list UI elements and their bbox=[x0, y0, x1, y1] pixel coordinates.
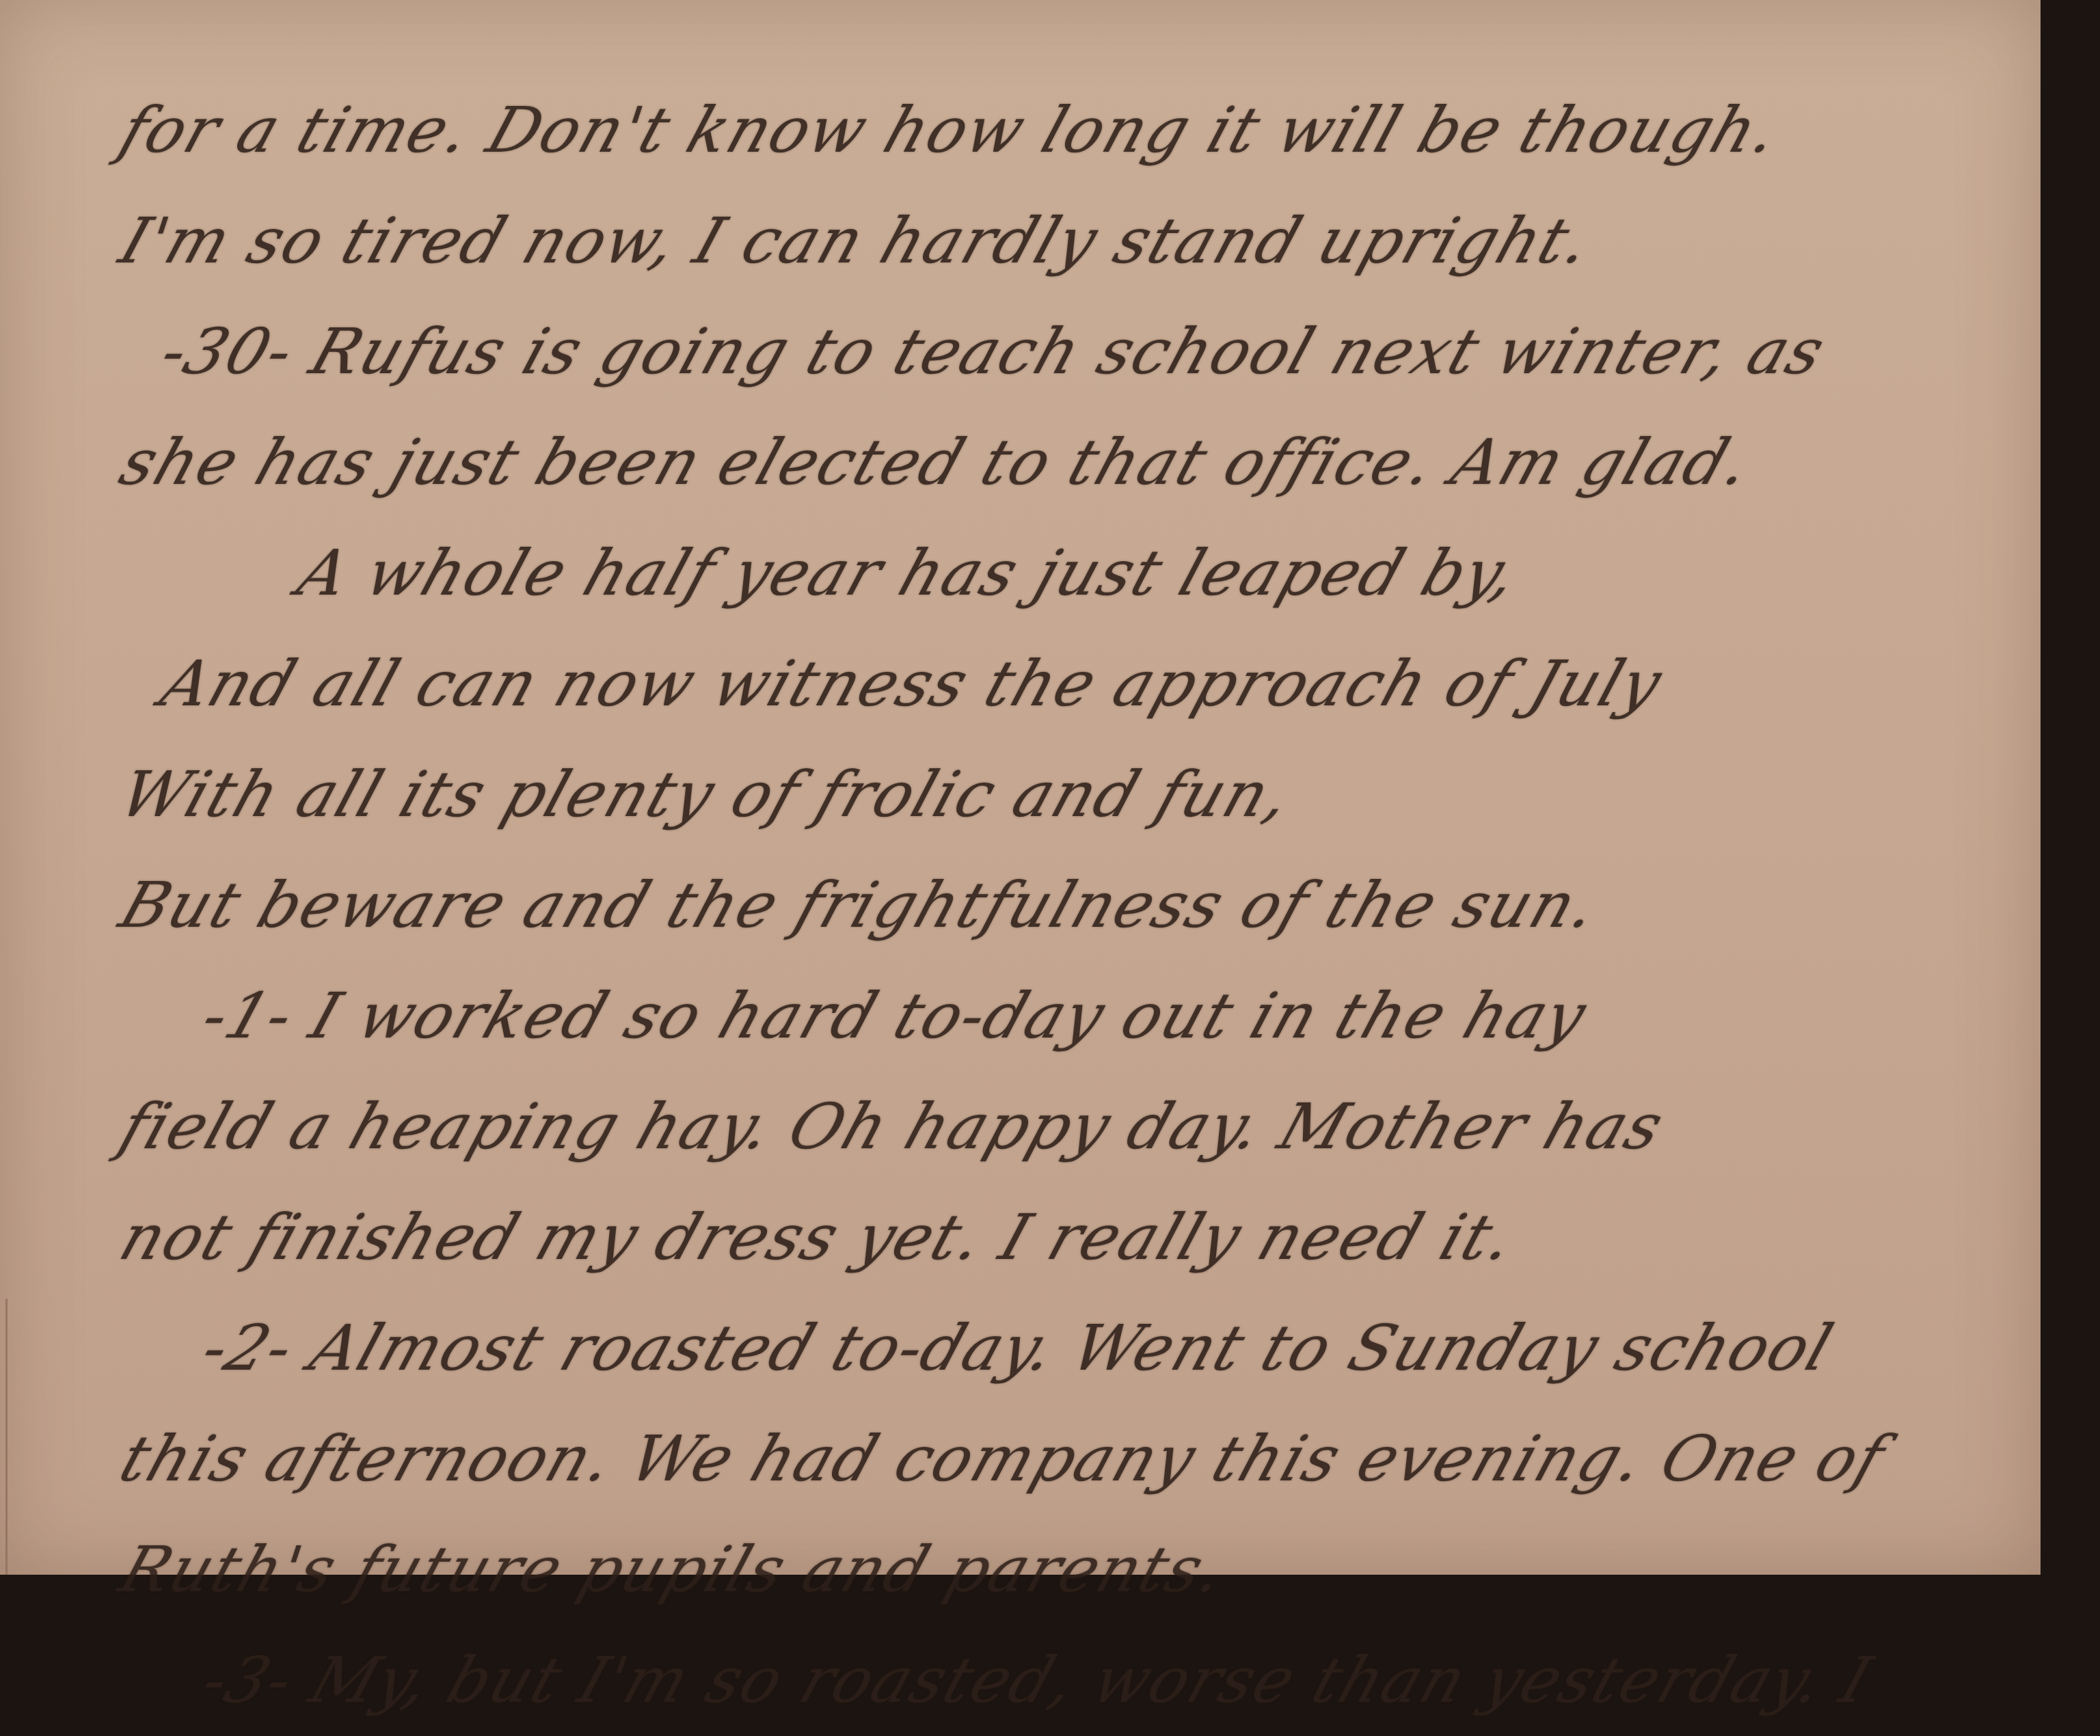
book-binding-edge bbox=[2041, 0, 2100, 1575]
text-line: I'm so tired now, I can hardly stand upr… bbox=[105, 186, 2042, 297]
text-line: field a heaping hay. Oh happy day. Mothe… bbox=[105, 1072, 2042, 1182]
page-edge-line bbox=[5, 1299, 8, 1575]
text-line: -1- I worked so hard to-day out in the h… bbox=[105, 961, 2042, 1072]
text-line: she has just been elected to that office… bbox=[105, 407, 2042, 518]
text-line: this afternoon. We had company this even… bbox=[105, 1404, 2042, 1515]
text-line: But beware and the frightfulness of the … bbox=[105, 850, 2042, 961]
text-line: -30- Rufus is going to teach school next… bbox=[105, 297, 2042, 407]
text-line: And all can now witness the approach of … bbox=[105, 629, 2042, 740]
text-line: A whole half year has just leaped by, bbox=[105, 518, 2042, 629]
text-line: not finished my dress yet. I really need… bbox=[105, 1182, 2042, 1293]
handwritten-text: for a time. Don't know how long it will … bbox=[123, 75, 2023, 1575]
text-line: With all its plenty of frolic and fun, bbox=[105, 740, 2042, 850]
text-line: -2- Almost roasted to-day. Went to Sunda… bbox=[105, 1293, 2042, 1404]
text-line: for a time. Don't know how long it will … bbox=[105, 75, 2042, 186]
diary-page: for a time. Don't know how long it will … bbox=[0, 0, 2041, 1575]
text-line: Ruth's future pupils and parents. bbox=[105, 1515, 2042, 1575]
